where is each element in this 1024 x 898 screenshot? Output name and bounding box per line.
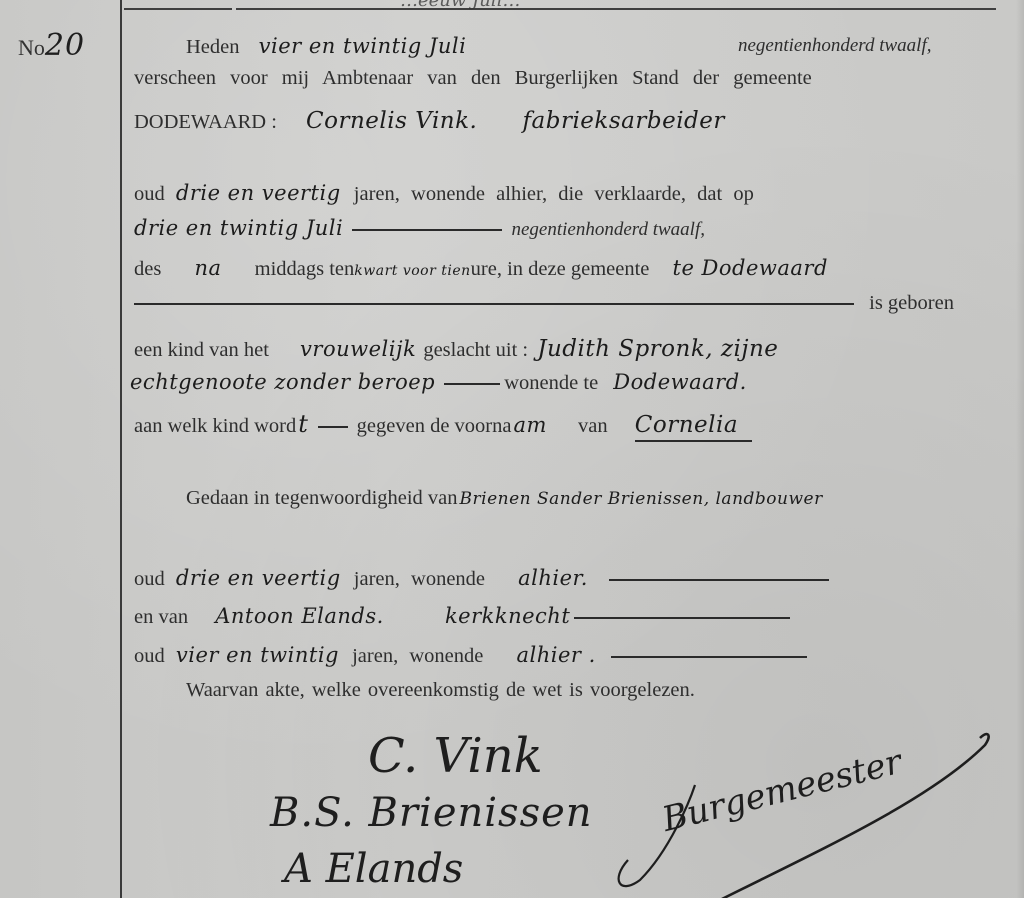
signature-flourish-icon bbox=[600, 730, 1000, 898]
print-jaren-wonende: jaren, wonende bbox=[354, 568, 485, 590]
line-declarant: DODEWAARD : Cornelis Vink. fabrieksarbei… bbox=[134, 110, 1004, 133]
print-middags-ten: middags ten bbox=[255, 258, 355, 280]
print-gedaan: Gedaan in tegenwoordigheid van bbox=[186, 487, 458, 509]
print-heden: Heden bbox=[186, 36, 240, 58]
handwritten-witness2-name: Antoon Elands. bbox=[215, 604, 384, 628]
handwritten-witness2-occupation: kerkknecht bbox=[445, 604, 570, 628]
fill-line bbox=[444, 383, 500, 385]
line-verscheen: verscheen voor mij Ambtenaar van den Bur… bbox=[134, 68, 1004, 89]
fill-line bbox=[611, 656, 807, 658]
handwritten-birth-date: drie en twintig Juli bbox=[134, 216, 343, 240]
register-page: …eeuw Juli… No20 Heden vier en twintig J… bbox=[0, 0, 1024, 898]
handwritten-birth-time: kwart voor tien bbox=[354, 263, 470, 279]
line-witness2: en van Antoon Elands. kerkknecht bbox=[134, 606, 1004, 628]
fill-line bbox=[352, 229, 502, 231]
handwritten-mother-residence: Dodewaard. bbox=[613, 370, 747, 394]
fill-line bbox=[609, 579, 829, 581]
line-child-name: aan welk kind wordt gegeven de voornaam … bbox=[134, 412, 1004, 437]
print-waarvan-akte: Waarvan akte, welke overeenkomstig de we… bbox=[186, 679, 695, 701]
handwritten-declarant-age: drie en veertig bbox=[176, 181, 341, 205]
handwritten-mother-occupation: echtgenoote zonder beroep bbox=[130, 370, 435, 394]
line-closing: Waarvan akte, welke overeenkomstig de we… bbox=[186, 680, 1004, 701]
line-child-sex-mother: een kind van het vrouwelijk geslacht uit… bbox=[134, 338, 1004, 361]
print-en-van: en van bbox=[134, 606, 188, 628]
handwritten-declarant-name: Cornelis Vink. bbox=[306, 108, 477, 134]
print-van: van bbox=[578, 415, 608, 437]
akte-number-label: No bbox=[18, 35, 45, 60]
print-jaren-wonende: jaren, wonende bbox=[352, 645, 483, 667]
handwritten-witness2-age: vier en twintig bbox=[176, 643, 339, 667]
handwritten-child-name: Cornelia bbox=[635, 412, 752, 442]
line-witness1-age: oud drie en veertig jaren, wonende alhie… bbox=[134, 568, 1004, 590]
print-year: negentienhonderd twaalf, bbox=[738, 36, 932, 55]
handwritten-witness1-residence: alhier. bbox=[518, 566, 588, 590]
previous-entry-fragment: …eeuw Juli… bbox=[400, 0, 520, 11]
print-municipality: DODEWAARD : bbox=[134, 111, 277, 133]
signature-witness2: A Elands bbox=[284, 846, 463, 892]
print-gegeven-voornaam: gegeven de voorna bbox=[357, 415, 512, 437]
print-oud: oud bbox=[134, 568, 165, 590]
fill-line bbox=[574, 617, 790, 619]
margin-rule bbox=[120, 0, 122, 898]
akte-number: No20 bbox=[18, 28, 85, 63]
handwritten-witness2-residence: alhier . bbox=[516, 643, 595, 667]
fill-line bbox=[318, 426, 348, 428]
page-edge-shadow bbox=[1016, 0, 1024, 898]
handwritten-mother-name: Judith Spronk, zijne bbox=[537, 336, 778, 362]
print-geslacht-uit: geslacht uit : bbox=[423, 339, 528, 361]
handwritten-declarant-occupation: fabrieksarbeider bbox=[523, 108, 725, 134]
line-birth-date: drie en twintig Juli negentienhonderd tw… bbox=[134, 218, 1004, 240]
handwritten-na: na bbox=[194, 256, 221, 280]
handwritten-birth-place: te Dodewaard bbox=[673, 256, 828, 280]
print-aan-welk-kind: aan welk kind word bbox=[134, 415, 296, 437]
akte-number-value: 20 bbox=[45, 28, 85, 63]
print-year-2: negentienhonderd twaalf, bbox=[511, 219, 705, 240]
line-date-registration: Heden vier en twintig Juli negentienhond… bbox=[186, 36, 1004, 58]
line-witness2-age: oud vier en twintig jaren, wonende alhie… bbox=[134, 645, 1004, 667]
print-wonende-te: wonende te bbox=[504, 372, 598, 394]
handwritten-t: t bbox=[298, 410, 308, 438]
handwritten-witness1-name-occupation: Brienen Sander Brienissen, landbouwer bbox=[460, 489, 823, 509]
line-geboren: is geboren bbox=[134, 293, 1004, 314]
signature-witness1: B.S. Brienissen bbox=[270, 790, 593, 836]
line-mother-occupation: echtgenoote zonder beroep wonende te Dod… bbox=[130, 372, 1004, 394]
print-oud: oud bbox=[134, 645, 165, 667]
fill-line bbox=[134, 303, 854, 305]
print-oud: oud bbox=[134, 183, 165, 205]
print-des: des bbox=[134, 258, 161, 280]
top-divider-right bbox=[236, 8, 996, 10]
print-verscheen: verscheen voor mij Ambtenaar van den Bur… bbox=[134, 68, 812, 89]
handwritten-am: am bbox=[513, 413, 546, 437]
handwritten-sex: vrouwelijk bbox=[300, 337, 416, 361]
top-divider-left bbox=[124, 8, 232, 10]
handwritten-registration-date: vier en twintig Juli bbox=[259, 34, 467, 58]
line-birth-time-place: des na middags tenkwart voor tienure, in… bbox=[134, 258, 1004, 280]
print-een-kind: een kind van het bbox=[134, 339, 269, 361]
print-wonende-verklaarde: jaren, wonende alhier, die verklaarde, d… bbox=[354, 183, 754, 205]
print-is-geboren: is geboren bbox=[869, 292, 954, 314]
print-ure-gemeente: ure, in deze gemeente bbox=[471, 258, 650, 280]
line-declarant-age: oud drie en veertig jaren, wonende alhie… bbox=[134, 183, 1004, 205]
line-witness1: Gedaan in tegenwoordigheid vanBrienen Sa… bbox=[186, 488, 1004, 509]
handwritten-witness1-age: drie en veertig bbox=[176, 566, 341, 590]
signature-declarant: C. Vink bbox=[368, 728, 543, 784]
